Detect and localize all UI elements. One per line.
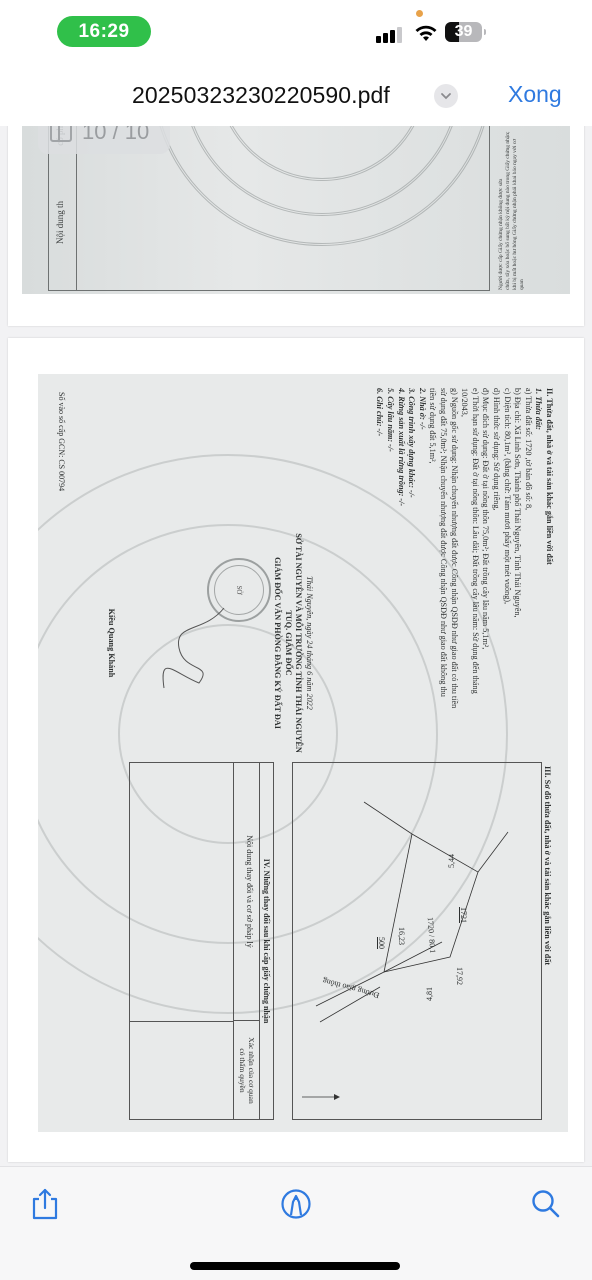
changes-col-confirm: Xác nhận của cơ quan có thẩm quyền (233, 1021, 259, 1120)
home-indicator[interactable] (190, 1262, 400, 1270)
battery-nub (484, 29, 486, 35)
asset-item: 4. Rừng sản xuất là rừng trồng: -/- (395, 388, 406, 758)
confirm-line-2: có thẩm quyền (238, 1048, 247, 1092)
land-detail-line: đ) Mục đích sử dụng: Đất ở tại nông thôn… (480, 388, 491, 758)
page9-right-line: chữa, tẩy xóa hoặc bổ sung bất kỳ nội du… (505, 131, 511, 290)
page9-left-text-bottom: Nội dung th (55, 201, 65, 244)
changes-table-divider (129, 1021, 233, 1022)
asset-item: 6. Ghi chú: -/- (374, 388, 385, 758)
section-2-subtitle: 1. Thửa đất: (533, 388, 544, 758)
search-icon (530, 1188, 562, 1220)
confirm-line-1: Xác nhận của cơ quan (247, 1037, 256, 1103)
markup-button[interactable] (279, 1187, 313, 1221)
section-2-title: II. Thửa đất, nhà ở và tài sản khác gắn … (543, 388, 554, 758)
place-date: Thái Nguyên, ngày 24 tháng 6 năm 2022 (304, 518, 315, 768)
signature-scribble (154, 603, 234, 693)
edge-length-bottom: 16,23 (397, 927, 406, 945)
land-certificate-page: II. Thửa đất, nhà ở và tài sản khác gắn … (38, 374, 568, 1132)
changes-table: IV. Những thay đổi sau khi cấp giấy chứn… (129, 762, 274, 1120)
pdf-scroll-area[interactable]: có ph Nội dung th Người được cấp Giấy ch… (0, 126, 592, 1166)
land-detail-line: sử dụng đất 75,0m²; Nhận chuyển nhượng đ… (437, 388, 448, 758)
page9-right-line: Người được cấp Giấy chứng nhận không đượ… (498, 179, 504, 290)
land-detail-line: tiền sử dụng đất 5,1m², (427, 388, 438, 758)
markup-icon (280, 1188, 312, 1220)
page-indicator-text: 10 / 10 (82, 126, 149, 145)
privacy-indicator-dot (416, 10, 423, 17)
done-button[interactable]: Xong (508, 81, 562, 108)
edge-length-back: 5,44 (447, 854, 456, 868)
neighbor-parcel-bottom: 500 (377, 937, 386, 949)
land-detail-line: a) Thửa đất số: 1720 ,tờ bản đồ số: 8, (522, 388, 533, 758)
land-detail-line: b) Địa chỉ: Xã Linh Sơn, Thành phố Thái … (512, 388, 523, 758)
edge-length-front: 4,81 (425, 987, 434, 1001)
rotated-document: II. Thửa đất, nhà ở và tài sản khác gắn … (38, 374, 568, 1132)
status-bar: 16:29 39 (0, 0, 592, 64)
signature-block: Thái Nguyên, ngày 24 tháng 6 năm 2022 SỞ… (272, 518, 314, 768)
parcel-diagram (292, 762, 542, 1120)
share-icon (30, 1187, 60, 1221)
changes-col-content: Nội dung thay đổi và cơ sở pháp lý (233, 763, 259, 1021)
wifi-icon (414, 22, 438, 44)
signer-role-1: TUQ. GIÁM ĐỐC (283, 518, 294, 768)
neighbor-parcel-top: 1721 (459, 907, 468, 923)
land-detail-line: 10/2043, (459, 388, 470, 758)
certificate-register-number: Số vào sổ cấp GCN: CS 00794 (55, 392, 66, 491)
thumbnail-sidebar-icon (50, 126, 72, 142)
battery-icon: 39 (445, 22, 482, 42)
land-detail-line: g) Nguồn gốc sử dụng: Nhận chuyển nhượng… (448, 388, 459, 758)
nav-bar: 20250323230220590.pdf Xong (0, 64, 592, 126)
land-detail-line: c) Diện tích: 80,1m², (bằng chữ: Tám mươ… (501, 388, 512, 758)
asset-item: 2. Nhà ở: -/- (416, 388, 427, 758)
asset-item: 5. Cây lâu năm: -/- (385, 388, 396, 758)
battery-percent: 39 (445, 22, 482, 42)
signer-name: Kiều Quang Khánh (105, 518, 116, 768)
title-menu-button[interactable] (434, 84, 458, 108)
section-4-title: IV. Những thay đổi sau khi cấp giấy chứn… (259, 763, 273, 1119)
document-title[interactable]: 20250323230220590.pdf (132, 82, 390, 109)
search-button[interactable] (529, 1187, 563, 1221)
sections-3-4: III. Sơ đồ thửa đất, nhà ở và tài sản kh… (54, 762, 554, 1122)
page9-right-text: Người được cấp Giấy chứng nhận không đượ… (498, 130, 526, 290)
stamp-text: SỞ (234, 586, 245, 595)
section-3-title: III. Sơ đồ thửa đất, nhà ở và tài sản kh… (543, 766, 552, 965)
page-indicator[interactable]: 10 / 10 (38, 126, 170, 154)
share-button[interactable] (28, 1187, 62, 1221)
land-detail-line: e) Thời hạn sử dụng: Đất ở tại nông thôn… (469, 388, 480, 758)
status-time[interactable]: 16:29 (57, 16, 151, 47)
pdf-page-9: có ph Nội dung th Người được cấp Giấy ch… (8, 126, 584, 326)
asset-item: 3. Công trình xây dựng khác: -/- (406, 388, 417, 758)
edge-length-top: 17,92 (455, 967, 464, 985)
chevron-down-icon (440, 92, 452, 100)
page9-right-line: khi bị mất hoặc hư hỏng Giấy chứng nhận … (512, 139, 525, 290)
land-detail-line: d) Hình thức sử dụng: Sử dụng riêng, (490, 388, 501, 758)
pdf-viewer-screen: 16:29 39 20250323230220590.pdf Xong (0, 0, 592, 1280)
pdf-page-10: II. Thửa đất, nhà ở và tài sản khác gắn … (8, 338, 584, 1162)
issuing-agency: SỞ TÀI NGUYÊN VÀ MÔI TRƯỜNG TỈNH THÁI NG… (293, 518, 304, 768)
signer-role-2: GIÁM ĐỐC VĂN PHÒNG ĐĂNG KÝ ĐẤT ĐAI (272, 518, 283, 768)
cellular-signal-icon (376, 25, 404, 43)
section-2: II. Thửa đất, nhà ở và tài sản khác gắn … (54, 388, 554, 758)
